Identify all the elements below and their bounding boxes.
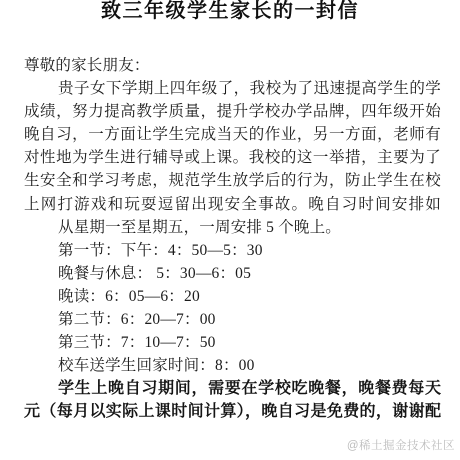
paragraph-line: 上网打游戏和玩耍逗留出现安全事故。晚自习时间安排如下： — [24, 193, 441, 216]
paragraph-line: 生安全和学习考虑，规范学生放学后的行为，防止学生在校外 — [24, 169, 441, 192]
paragraph-line: 成绩，努力提高教学质量，提升学校办学品牌，四年级开始上 — [24, 100, 441, 123]
letter-body: 尊敬的家长朋友： 贵子女下学期上四年级了，我校为了迅速提高学生的学习 成绩，努力… — [24, 54, 441, 424]
watermark-label: @稀土掘金技术社区 — [347, 437, 455, 453]
salutation-line: 尊敬的家长朋友： — [24, 54, 441, 77]
schedule-line: 第三节：7：10—7：50 — [24, 331, 441, 354]
paragraph-line: 晚自习，一方面让学生完成当天的作业，另一方面，老师有针 — [24, 123, 441, 146]
schedule-line: 第二节：6：20—7：00 — [24, 308, 441, 331]
schedule-line: 晚餐与休息： 5：30—6：05 — [24, 262, 441, 285]
letter-title: 致三年级学生家长的一封信 — [0, 0, 460, 23]
notice-line: 学生上晚自习期间，需要在学校吃晚餐，晚餐费每天 17 — [24, 377, 441, 400]
paragraph-line: 对性地为学生进行辅导或上课。我校的这一举措，主要为了学 — [24, 146, 441, 169]
paragraph-line: 贵子女下学期上四年级了，我校为了迅速提高学生的学习 — [24, 77, 441, 100]
schedule-line: 校车送学生回家时间：8：00 — [24, 354, 441, 377]
letter-page: 致三年级学生家长的一封信 尊敬的家长朋友： 贵子女下学期上四年级了，我校为了迅速… — [0, 0, 460, 460]
notice-line: 元（每月以实际上课时间计算），晚自习是免费的，谢谢配合！ — [24, 400, 441, 423]
schedule-line: 从星期一至星期五，一周安排 5 个晚上。 — [24, 216, 441, 239]
schedule-line: 晚读：6：05—6：20 — [24, 285, 441, 308]
schedule-line: 第一节：下午：4：50—5：30 — [24, 239, 441, 262]
